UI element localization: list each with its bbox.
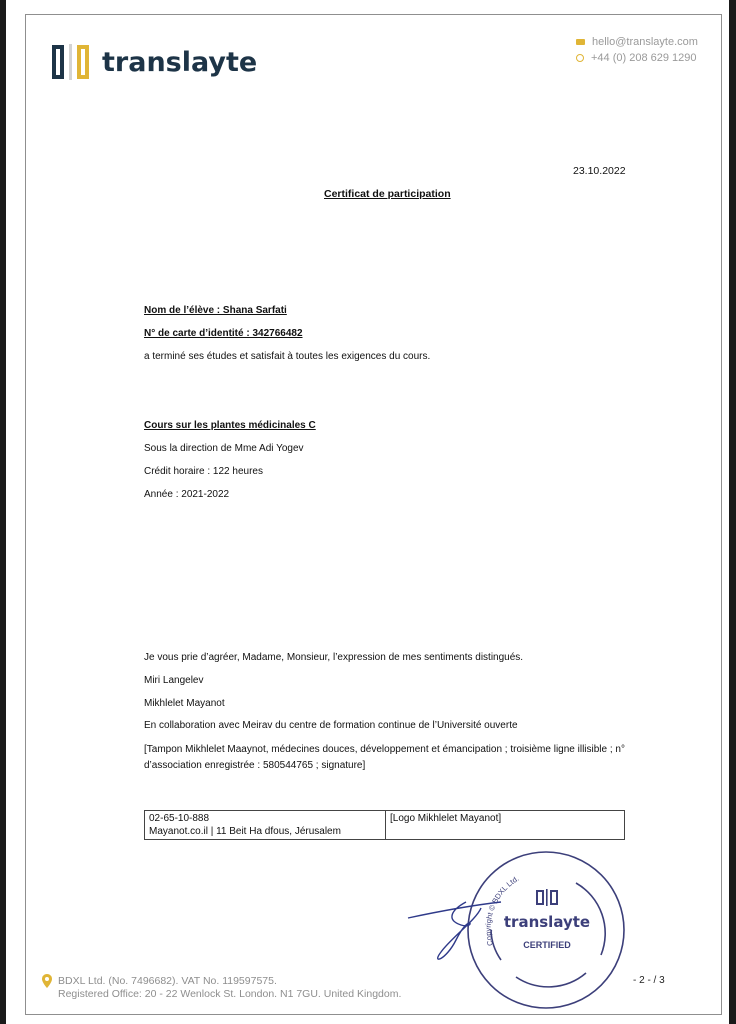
logo-note-cell: [Logo Mikhlelet Mayanot] xyxy=(386,811,625,840)
page-sheet: translayte hello@translayte.com +44 (0) … xyxy=(6,0,729,1024)
logo-divider xyxy=(69,44,72,80)
signatory-name: Miri Langelev xyxy=(144,675,203,686)
id-number: N° de carte d’identité : 342766482 xyxy=(144,328,303,339)
contact-block: hello@translayte.com +44 (0) 208 629 129… xyxy=(576,34,698,66)
page-number: - 2 - / 3 xyxy=(633,975,665,986)
document-title: Certificat de participation xyxy=(324,188,451,200)
footer-address: BDXL Ltd. (No. 7496682). VAT No. 1195975… xyxy=(42,975,401,1001)
course-director: Sous la direction de Mme Adi Yogev xyxy=(144,443,304,454)
email-link[interactable]: hello@translayte.com xyxy=(592,34,698,50)
contact-table: 02-65-10-888 Mayanot.co.il | 11 Beit Ha … xyxy=(144,810,625,840)
logo-bracket-icon xyxy=(52,45,64,79)
phone-row: +44 (0) 208 629 1290 xyxy=(576,50,698,66)
course-year: Année : 2021-2022 xyxy=(144,489,229,500)
closing-formula: Je vous prie d’agréer, Madame, Monsieur,… xyxy=(144,652,523,663)
signature-scribble xyxy=(406,880,516,970)
collaboration-note: En collaboration avec Meirav du centre d… xyxy=(144,720,518,731)
credit-hours: Crédit horaire : 122 heures xyxy=(144,466,263,477)
envelope-icon xyxy=(576,39,585,45)
logo-wordmark: translayte xyxy=(102,47,257,78)
org-phone: 02-65-10-888 xyxy=(149,812,381,825)
footer-company: BDXL Ltd. (No. 7496682). VAT No. 1195975… xyxy=(58,975,401,988)
stamp-logo-icon xyxy=(537,889,557,906)
table-row: 02-65-10-888 Mayanot.co.il | 11 Beit Ha … xyxy=(145,811,625,840)
phone-icon xyxy=(576,54,584,62)
student-name: Nom de l’élève : Shana Sarfati xyxy=(144,305,287,316)
organization-name: Mikhlelet Mayanot xyxy=(144,698,225,709)
phone-number: +44 (0) 208 629 1290 xyxy=(591,50,697,66)
email-row: hello@translayte.com xyxy=(576,34,698,50)
document-date: 23.10.2022 xyxy=(573,165,626,177)
course-title: Cours sur les plantes médicinales C xyxy=(144,420,316,431)
stamp-certified-label: CERTIFIED xyxy=(523,940,571,950)
stamp-note: [Tampon Mikhlelet Maaynot, médecines dou… xyxy=(144,742,625,774)
location-pin-icon xyxy=(42,974,52,988)
org-address: Mayanot.co.il | 11 Beit Ha dfous, Jérusa… xyxy=(149,825,381,838)
stamp-brand: translayte xyxy=(504,913,590,931)
completion-statement: a terminé ses études et satisfait à tout… xyxy=(144,351,430,362)
logo-bracket-gold-icon xyxy=(77,45,89,79)
translayte-logo: translayte xyxy=(52,42,257,82)
footer-office: Registered Office: 20 - 22 Wenlock St. L… xyxy=(58,988,401,1001)
address-cell: 02-65-10-888 Mayanot.co.il | 11 Beit Ha … xyxy=(145,811,386,840)
